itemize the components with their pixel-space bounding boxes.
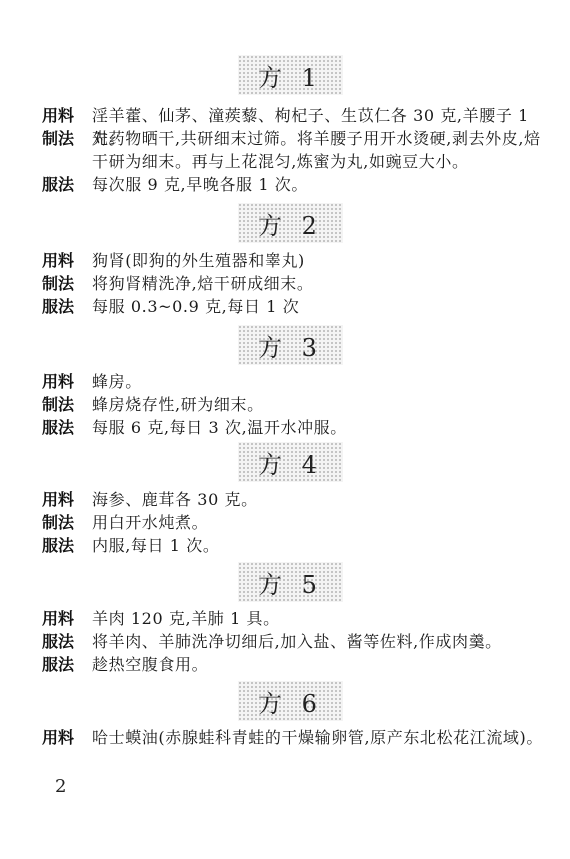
row-label: 制法 <box>42 272 92 295</box>
recipe-5-usage: 服法 趁热空腹食用。 <box>42 653 552 676</box>
recipe-title-text: 方 5 <box>258 565 323 600</box>
row-text: 将狗肾精洗净,焙干研成细末。 <box>92 272 552 295</box>
row-label: 制法 <box>42 511 92 534</box>
row-text: 每服 6 克,每日 3 次,温开水冲服。 <box>92 416 552 439</box>
recipe-5-preparation: 服法 将羊肉、羊肺洗净切细后,加入盐、酱等佐料,作成肉羹。 <box>42 630 552 653</box>
recipe-4-ingredients: 用料 海参、鹿茸各 30 克。 <box>42 488 552 511</box>
row-text: 蜂房。 <box>92 370 552 393</box>
row-label: 用料 <box>42 607 92 630</box>
row-label: 服法 <box>42 534 92 557</box>
recipe-5-ingredients: 用料 羊肉 120 克,羊肺 1 具。 <box>42 607 552 630</box>
recipe-2-preparation: 制法 将狗肾精洗净,焙干研成细末。 <box>42 272 552 295</box>
row-label: 用料 <box>42 488 92 511</box>
row-text: 趁热空腹食用。 <box>92 653 552 676</box>
row-label: 服法 <box>42 173 92 196</box>
recipe-title-text: 方 2 <box>258 206 323 241</box>
row-text: 先药物晒干,共研细末过筛。将羊腰子用开水烫硬,剥去外皮,焙干研为细末。再与上花混… <box>92 127 552 173</box>
row-label: 服法 <box>42 416 92 439</box>
recipe-4-usage: 服法 内服,每日 1 次。 <box>42 534 552 557</box>
row-label: 制法 <box>42 127 92 173</box>
row-label: 制法 <box>42 393 92 416</box>
row-text: 羊肉 120 克,羊肺 1 具。 <box>92 607 552 630</box>
row-text: 将羊肉、羊肺洗净切细后,加入盐、酱等佐料,作成肉羹。 <box>92 630 552 653</box>
recipe-title-text: 方 4 <box>258 445 323 480</box>
row-label: 用料 <box>42 249 92 272</box>
recipe-4-preparation: 制法 用白开水炖煮。 <box>42 511 552 534</box>
recipe-3-usage: 服法 每服 6 克,每日 3 次,温开水冲服。 <box>42 416 552 439</box>
recipe-3-ingredients: 用料 蜂房。 <box>42 370 552 393</box>
recipe-title-text: 方 3 <box>258 328 323 363</box>
row-text: 用白开水炖煮。 <box>92 511 552 534</box>
row-text: 每服 0.3~0.9 克,每日 1 次 <box>92 295 552 318</box>
recipe-title-1: 方 1 <box>238 55 343 95</box>
recipe-6-ingredients: 用料 哈士蟆油(赤腺蛙科青蛙的干燥输卵管,原产东北松花江流域)。 <box>42 726 552 749</box>
row-text: 狗肾(即狗的外生殖器和睾丸) <box>92 249 552 272</box>
row-label: 用料 <box>42 726 92 749</box>
book-page: 方 1 用料 淫羊藿、仙茅、潼蒺藜、枸杞子、生苡仁各 30 克,羊腰子 1 对。… <box>0 0 570 859</box>
recipe-title-4: 方 4 <box>238 442 343 482</box>
recipe-2-usage: 服法 每服 0.3~0.9 克,每日 1 次 <box>42 295 552 318</box>
recipe-title-text: 方 1 <box>258 58 323 93</box>
recipe-title-2: 方 2 <box>238 203 343 243</box>
row-text: 内服,每日 1 次。 <box>92 534 552 557</box>
recipe-2-ingredients: 用料 狗肾(即狗的外生殖器和睾丸) <box>42 249 552 272</box>
recipe-3-preparation: 制法 蜂房烧存性,研为细末。 <box>42 393 552 416</box>
row-text: 哈士蟆油(赤腺蛙科青蛙的干燥输卵管,原产东北松花江流域)。 <box>92 726 552 749</box>
row-label: 服法 <box>42 653 92 676</box>
row-text: 每次服 9 克,早晚各服 1 次。 <box>92 173 552 196</box>
row-label: 服法 <box>42 295 92 318</box>
page-number: 2 <box>55 776 66 797</box>
recipe-1-usage: 服法 每次服 9 克,早晚各服 1 次。 <box>42 173 552 196</box>
recipe-title-text: 方 6 <box>258 684 323 719</box>
row-label: 用料 <box>42 370 92 393</box>
row-text: 蜂房烧存性,研为细末。 <box>92 393 552 416</box>
recipe-title-5: 方 5 <box>238 562 343 602</box>
recipe-title-3: 方 3 <box>238 325 343 365</box>
recipe-title-6: 方 6 <box>238 681 343 721</box>
recipe-1-preparation: 制法 先药物晒干,共研细末过筛。将羊腰子用开水烫硬,剥去外皮,焙干研为细末。再与… <box>42 127 552 173</box>
row-text: 海参、鹿茸各 30 克。 <box>92 488 552 511</box>
row-label: 服法 <box>42 630 92 653</box>
